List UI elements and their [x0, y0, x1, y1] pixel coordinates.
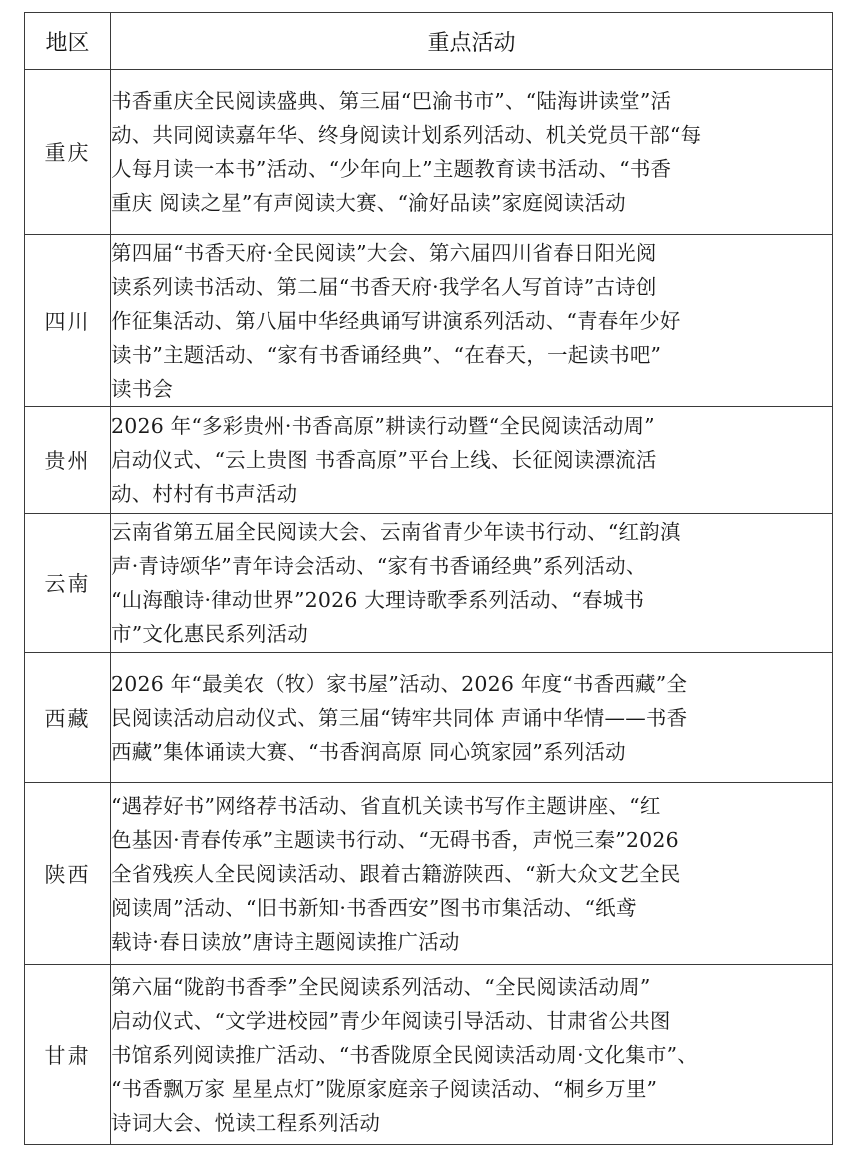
activity-line: 人每月读一本书”活动、“少年向上”主题教育读书活动、“书香	[111, 152, 832, 186]
activity-line: 云南省第五届全民阅读大会、云南省青少年读书行动、“红韵滇	[111, 515, 832, 549]
activity-line: 读书”主题活动、“家有书香诵经典”、“在春天，一起读书吧”	[111, 338, 832, 372]
activity-line: 色基因·青春传承”主题读书行动、“无碍书香，声悦三秦”2026	[111, 823, 832, 857]
activity-line: 动、村村有书声活动	[111, 477, 832, 511]
regional-activities-table: 地区 重点活动 重庆 书香重庆全民阅读盛典、第三届“巴渝书市”、“陆海讲读堂”活…	[24, 12, 833, 1145]
activity-line: “遇荐好书”网络荐书活动、省直机关读书写作主题讲座、“红	[111, 789, 832, 823]
activity-line: 重庆 阅读之星”有声阅读大赛、“渝好品读”家庭阅读活动	[111, 186, 832, 220]
activities-cell: 2026 年“最美农（牧）家书屋”活动、2026 年度“书香西藏”全 民阅读活动…	[111, 653, 833, 783]
activity-line: “山海酿诗·律动世界”2026 大理诗歌季系列活动、“春城书	[111, 583, 832, 617]
activity-line: 读系列读书活动、第二届“书香天府·我学名人写首诗”古诗创	[111, 270, 832, 304]
activity-line: 载诗·春日读放”唐诗主题阅读推广活动	[111, 925, 832, 959]
region-cell: 甘肃	[25, 965, 111, 1145]
region-cell: 陕西	[25, 783, 111, 965]
table-header-row: 地区 重点活动	[25, 13, 833, 70]
activity-line: 书馆系列阅读推广活动、“书香陇原全民阅读活动周·文化集市”、	[111, 1038, 832, 1072]
activities-cell: 书香重庆全民阅读盛典、第三届“巴渝书市”、“陆海讲读堂”活 动、共同阅读嘉年华、…	[111, 70, 833, 235]
activity-line: 书香重庆全民阅读盛典、第三届“巴渝书市”、“陆海讲读堂”活	[111, 84, 832, 118]
activity-line: 阅读周”活动、“旧书新知·书香西安”图书市集活动、“纸鸢	[111, 891, 832, 925]
table-row: 重庆 书香重庆全民阅读盛典、第三届“巴渝书市”、“陆海讲读堂”活 动、共同阅读嘉…	[25, 70, 833, 235]
activity-line: 作征集活动、第八届中华经典诵写讲演系列活动、“青春年少好	[111, 304, 832, 338]
activity-line: 市”文化惠民系列活动	[111, 617, 832, 651]
activity-line: 2026 年“最美农（牧）家书屋”活动、2026 年度“书香西藏”全	[111, 667, 832, 701]
table-row: 陕西 “遇荐好书”网络荐书活动、省直机关读书写作主题讲座、“红 色基因·青春传承…	[25, 783, 833, 965]
activity-line: “书香飘万家 星星点灯”陇原家庭亲子阅读活动、“桐乡万里”	[111, 1072, 832, 1106]
activities-cell: 第四届“书香天府·全民阅读”大会、第六届四川省春日阳光阅 读系列读书活动、第二届…	[111, 235, 833, 407]
activity-line: 第四届“书香天府·全民阅读”大会、第六届四川省春日阳光阅	[111, 236, 832, 270]
activity-line: 动、共同阅读嘉年华、终身阅读计划系列活动、机关党员干部“每	[111, 118, 832, 152]
activity-line: 声·青诗颂华”青年诗会活动、“家有书香诵经典”系列活动、	[111, 549, 832, 583]
table-row: 西藏 2026 年“最美农（牧）家书屋”活动、2026 年度“书香西藏”全 民阅…	[25, 653, 833, 783]
region-cell: 四川	[25, 235, 111, 407]
activities-cell: “遇荐好书”网络荐书活动、省直机关读书写作主题讲座、“红 色基因·青春传承”主题…	[111, 783, 833, 965]
activity-line: 启动仪式、“文学进校园”青少年阅读引导活动、甘肃省公共图	[111, 1004, 832, 1038]
activities-cell: 2026 年“多彩贵州·书香高原”耕读行动暨“全民阅读活动周” 启动仪式、“云上…	[111, 407, 833, 514]
activity-line: 西藏”集体诵读大赛、“书香润高原 同心筑家园”系列活动	[111, 735, 832, 769]
activities-cell: 第六届“陇韵书香季”全民阅读系列活动、“全民阅读活动周” 启动仪式、“文学进校园…	[111, 965, 833, 1145]
region-cell: 重庆	[25, 70, 111, 235]
header-activities: 重点活动	[111, 13, 833, 70]
region-cell: 西藏	[25, 653, 111, 783]
table-row: 甘肃 第六届“陇韵书香季”全民阅读系列活动、“全民阅读活动周” 启动仪式、“文学…	[25, 965, 833, 1145]
activity-line: 读书会	[111, 372, 832, 406]
table-body: 重庆 书香重庆全民阅读盛典、第三届“巴渝书市”、“陆海讲读堂”活 动、共同阅读嘉…	[25, 70, 833, 1145]
header-region: 地区	[25, 13, 111, 70]
activity-line: 民阅读活动启动仪式、第三届“铸牢共同体 声诵中华情——书香	[111, 701, 832, 735]
region-cell: 贵州	[25, 407, 111, 514]
activity-line: 启动仪式、“云上贵图 书香高原”平台上线、长征阅读漂流活	[111, 443, 832, 477]
activity-line: 第六届“陇韵书香季”全民阅读系列活动、“全民阅读活动周”	[111, 970, 832, 1004]
activities-cell: 云南省第五届全民阅读大会、云南省青少年读书行动、“红韵滇 声·青诗颂华”青年诗会…	[111, 514, 833, 653]
table-row: 云南 云南省第五届全民阅读大会、云南省青少年读书行动、“红韵滇 声·青诗颂华”青…	[25, 514, 833, 653]
activity-line: 全省残疾人全民阅读活动、跟着古籍游陕西、“新大众文艺全民	[111, 857, 832, 891]
region-cell: 云南	[25, 514, 111, 653]
activity-line: 诗词大会、悦读工程系列活动	[111, 1106, 832, 1140]
table-row: 四川 第四届“书香天府·全民阅读”大会、第六届四川省春日阳光阅 读系列读书活动、…	[25, 235, 833, 407]
table-row: 贵州 2026 年“多彩贵州·书香高原”耕读行动暨“全民阅读活动周” 启动仪式、…	[25, 407, 833, 514]
activity-line: 2026 年“多彩贵州·书香高原”耕读行动暨“全民阅读活动周”	[111, 409, 832, 443]
